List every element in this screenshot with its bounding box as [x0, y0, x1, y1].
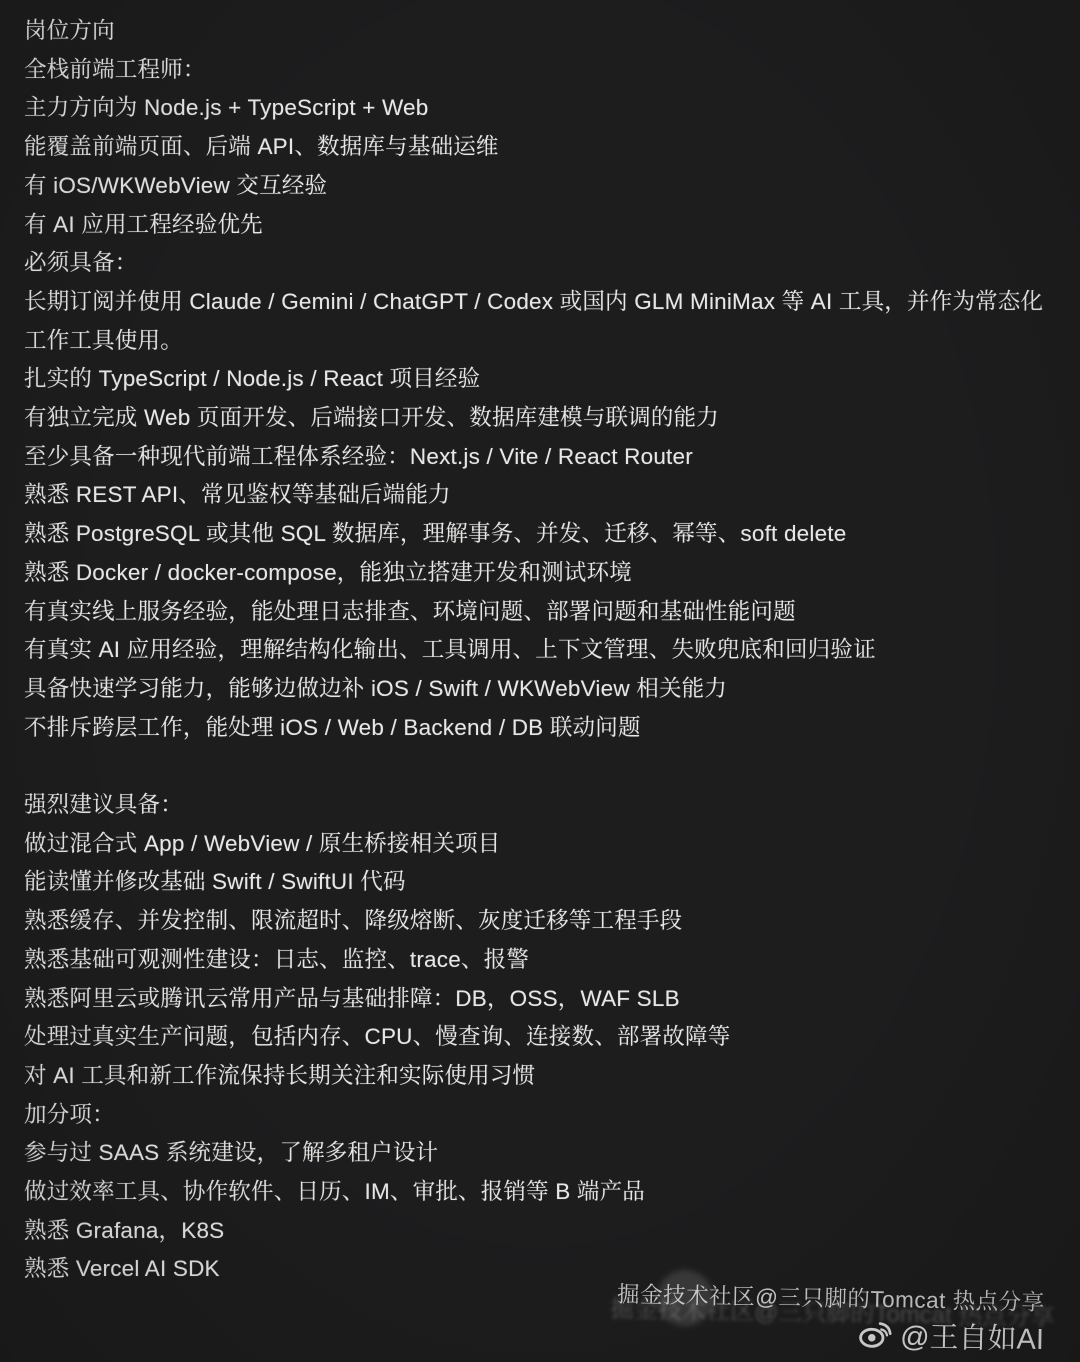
- doc-line: 做过效率工具、协作软件、日历、IM、审批、报销等 B 端产品: [24, 1173, 1070, 1212]
- doc-line: 至少具备一种现代前端工程体系经验：Next.js / Vite / React …: [24, 438, 1070, 477]
- doc-line: 工作工具使用。: [24, 322, 1070, 361]
- doc-line: 有真实 AI 应用经验，理解结构化输出、工具调用、上下文管理、失败兜底和回归验证: [24, 631, 1070, 670]
- watermark-author-handle: @王自如AI: [900, 1314, 1045, 1358]
- doc-line: 有独立完成 Web 页面开发、后端接口开发、数据库建模与联调的能力: [24, 399, 1070, 438]
- job-description-text: 岗位方向 全栈前端工程师： 主力方向为 Node.js + TypeScript…: [24, 12, 1070, 1289]
- doc-line: 全栈前端工程师：: [24, 51, 1070, 90]
- doc-line: 主力方向为 Node.js + TypeScript + Web: [24, 89, 1070, 128]
- doc-line: 熟悉缓存、并发控制、限流超时、降级熔断、灰度迁移等工程手段: [24, 902, 1070, 941]
- doc-line: 参与过 SAAS 系统建设，了解多租户设计: [24, 1134, 1070, 1173]
- section-heading: 岗位方向: [24, 12, 1070, 51]
- doc-line: 熟悉阿里云或腾讯云常用产品与基础排障：DB，OSS，WAF SLB: [24, 980, 1070, 1019]
- doc-line: 有真实线上服务经验，能处理日志排查、环境问题、部署问题和基础性能问题: [24, 593, 1070, 632]
- doc-line: 熟悉基础可观测性建设：日志、监控、trace、报警: [24, 941, 1070, 980]
- doc-line: 对 AI 工具和新工作流保持长期关注和实际使用习惯: [24, 1057, 1070, 1096]
- doc-line: 长期订阅并使用 Claude / Gemini / ChatGPT / Code…: [24, 283, 1070, 322]
- section-heading: 加分项：: [24, 1096, 1070, 1135]
- doc-line: 熟悉 REST API、常见鉴权等基础后端能力: [24, 476, 1070, 515]
- doc-line: 扎实的 TypeScript / Node.js / React 项目经验: [24, 360, 1070, 399]
- section-heading: 必须具备：: [24, 244, 1070, 283]
- doc-line: 熟悉 Grafana，K8S: [24, 1212, 1070, 1251]
- doc-line: 能覆盖前端页面、后端 API、数据库与基础运维: [24, 128, 1070, 167]
- doc-line: 有 AI 应用工程经验优先: [24, 206, 1070, 245]
- section-heading: 强烈建议具备：: [24, 786, 1070, 825]
- doc-line: 做过混合式 App / WebView / 原生桥接相关项目: [24, 825, 1070, 864]
- weibo-icon: [858, 1319, 893, 1349]
- doc-line: 有 iOS/WKWebView 交互经验: [24, 167, 1070, 206]
- watermark: 掘金技术社区@三只脚的Tomcat 热点分享 掘金技术社区@三只脚的Tomcat…: [616, 1277, 1045, 1358]
- doc-line: 不排斥跨层工作，能处理 iOS / Web / Backend / DB 联动问…: [24, 709, 1070, 748]
- doc-line: 熟悉 Docker / docker-compose，能独立搭建开发和测试环境: [24, 554, 1070, 593]
- doc-line: 具备快速学习能力，能够边做边补 iOS / Swift / WKWebView …: [24, 670, 1070, 709]
- doc-line: 熟悉 PostgreSQL 或其他 SQL 数据库，理解事务、并发、迁移、幂等、…: [24, 515, 1070, 554]
- job-posting-screenshot: 岗位方向 全栈前端工程师： 主力方向为 Node.js + TypeScript…: [0, 0, 1080, 1362]
- doc-line: 能读懂并修改基础 Swift / SwiftUI 代码: [24, 863, 1070, 902]
- doc-line: 处理过真实生产问题，包括内存、CPU、慢查询、连接数、部署故障等: [24, 1018, 1070, 1057]
